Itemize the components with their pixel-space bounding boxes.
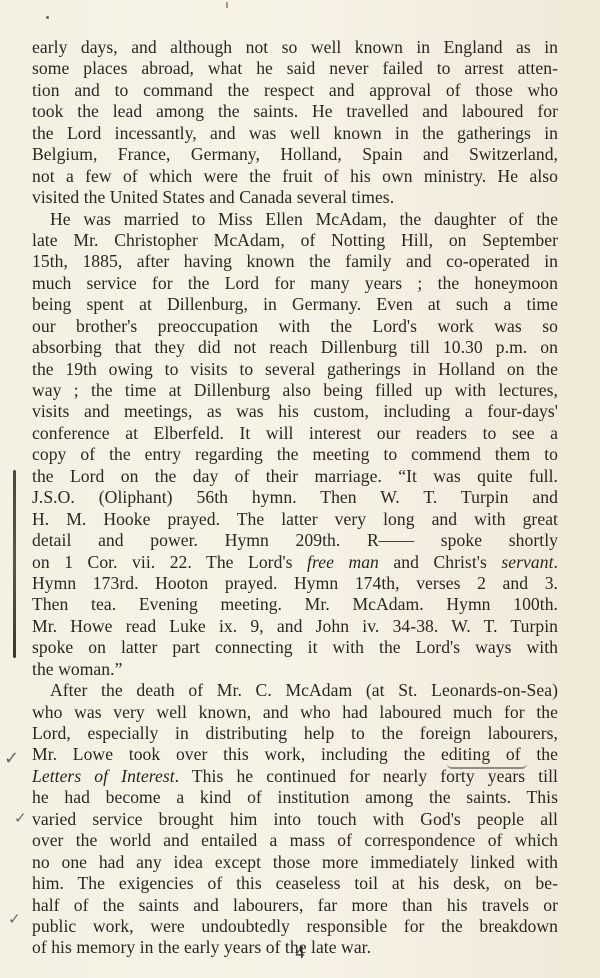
- text-line: visited the United States and Canada sev…: [32, 187, 558, 208]
- text-line: After the death of Mr. C. McAdam (at St.…: [32, 680, 558, 701]
- text-line: spoke on latter part connecting it with …: [32, 637, 558, 658]
- text-line: tion and to command the respect and appr…: [32, 80, 558, 101]
- text-line: the Lord incessantly, and was well known…: [32, 123, 558, 144]
- checkmark-icon: ✓: [8, 910, 21, 928]
- text-line: Mr. Howe read Luke ix. 9, and John iv. 3…: [32, 616, 558, 637]
- checkmark-icon: ✓: [14, 809, 27, 827]
- page-number: 4: [0, 942, 600, 963]
- text-line: late Mr. Christopher McAdam, of Notting …: [32, 230, 558, 251]
- text-line: the 19th owing to visits to several gath…: [32, 359, 558, 380]
- text-line: Mr. Lowe took over this work, including …: [32, 744, 558, 765]
- text-line: copy of the entry regarding the meeting …: [32, 444, 558, 465]
- text-line: he had become a kind of institution amon…: [32, 787, 558, 808]
- margin-bracket-mark: [13, 470, 16, 658]
- text-line: conference at Elberfeld. It will interes…: [32, 423, 558, 444]
- text-line: who was very well known, and who had lab…: [32, 702, 558, 723]
- text-line: public work, were undoubtedly responsibl…: [32, 916, 558, 937]
- checkmark-icon: ✓: [4, 748, 19, 769]
- book-page: early days, and although not so well kno…: [0, 0, 600, 978]
- text-line: visits and meetings, as was his custom, …: [32, 401, 558, 422]
- page-mark: [226, 2, 228, 8]
- text-line: H. M. Hooke prayed. The latter very long…: [32, 509, 558, 530]
- text-line: Belgium, France, Germany, Holland, Spain…: [32, 144, 558, 165]
- text-line: 15th, 1885, after having known the famil…: [32, 251, 558, 272]
- text-line: not a few of which were the fruit of his…: [32, 166, 558, 187]
- page-speck: [46, 16, 49, 19]
- text-line: early days, and although not so well kno…: [32, 37, 558, 58]
- text-line: being spent at Dillenburg, in Germany. E…: [32, 294, 558, 315]
- text-line: on 1 Cor. vii. 22. The Lord's free man a…: [32, 552, 558, 573]
- text-line: much service for the Lord for many years…: [32, 273, 558, 294]
- text-line: Then tea. Evening meeting. Mr. McAdam. H…: [32, 594, 558, 615]
- paragraph-p2: He was married to Miss Ellen McAdam, the…: [32, 209, 558, 681]
- text-line: over the world and entailed a mass of co…: [32, 830, 558, 851]
- paragraph-p3: After the death of Mr. C. McAdam (at St.…: [32, 680, 558, 959]
- text-line: J.S.O. (Oliphant) 56th hymn. Then W. T. …: [32, 487, 558, 508]
- text-line: no one had any idea except those more im…: [32, 852, 558, 873]
- text-line: him. The exigencies of this ceaseless to…: [32, 873, 558, 894]
- text-line: detail and power. Hymn 209th. R—— spoke …: [32, 530, 558, 551]
- text-line: He was married to Miss Ellen McAdam, the…: [32, 209, 558, 230]
- paragraph-p1: early days, and although not so well kno…: [32, 37, 558, 209]
- text-line: some places abroad, what he said never f…: [32, 58, 558, 79]
- text-line: Hymn 173rd. Hooton prayed. Hymn 174th, v…: [32, 573, 558, 594]
- text-line: the woman.”: [32, 659, 558, 680]
- text-line: way ; the time at Dillenburg also being …: [32, 380, 558, 401]
- text-line: absorbing that they did not reach Dillen…: [32, 337, 558, 358]
- text-line: Lord, especially in distributing help to…: [32, 723, 558, 744]
- text-line: varied service brought him into touch wi…: [32, 809, 558, 830]
- pencil-underline-mark: [447, 764, 527, 769]
- text-line: our brother's preoccupation with the Lor…: [32, 316, 558, 337]
- text-line: half of the saints and labourers, far mo…: [32, 895, 558, 916]
- text-line: Letters of Interest. This he continued f…: [32, 766, 558, 787]
- text-line: took the lead among the saints. He trave…: [32, 101, 558, 122]
- body-text: early days, and although not so well kno…: [32, 37, 558, 959]
- text-line: the Lord on the day of their marriage. “…: [32, 466, 558, 487]
